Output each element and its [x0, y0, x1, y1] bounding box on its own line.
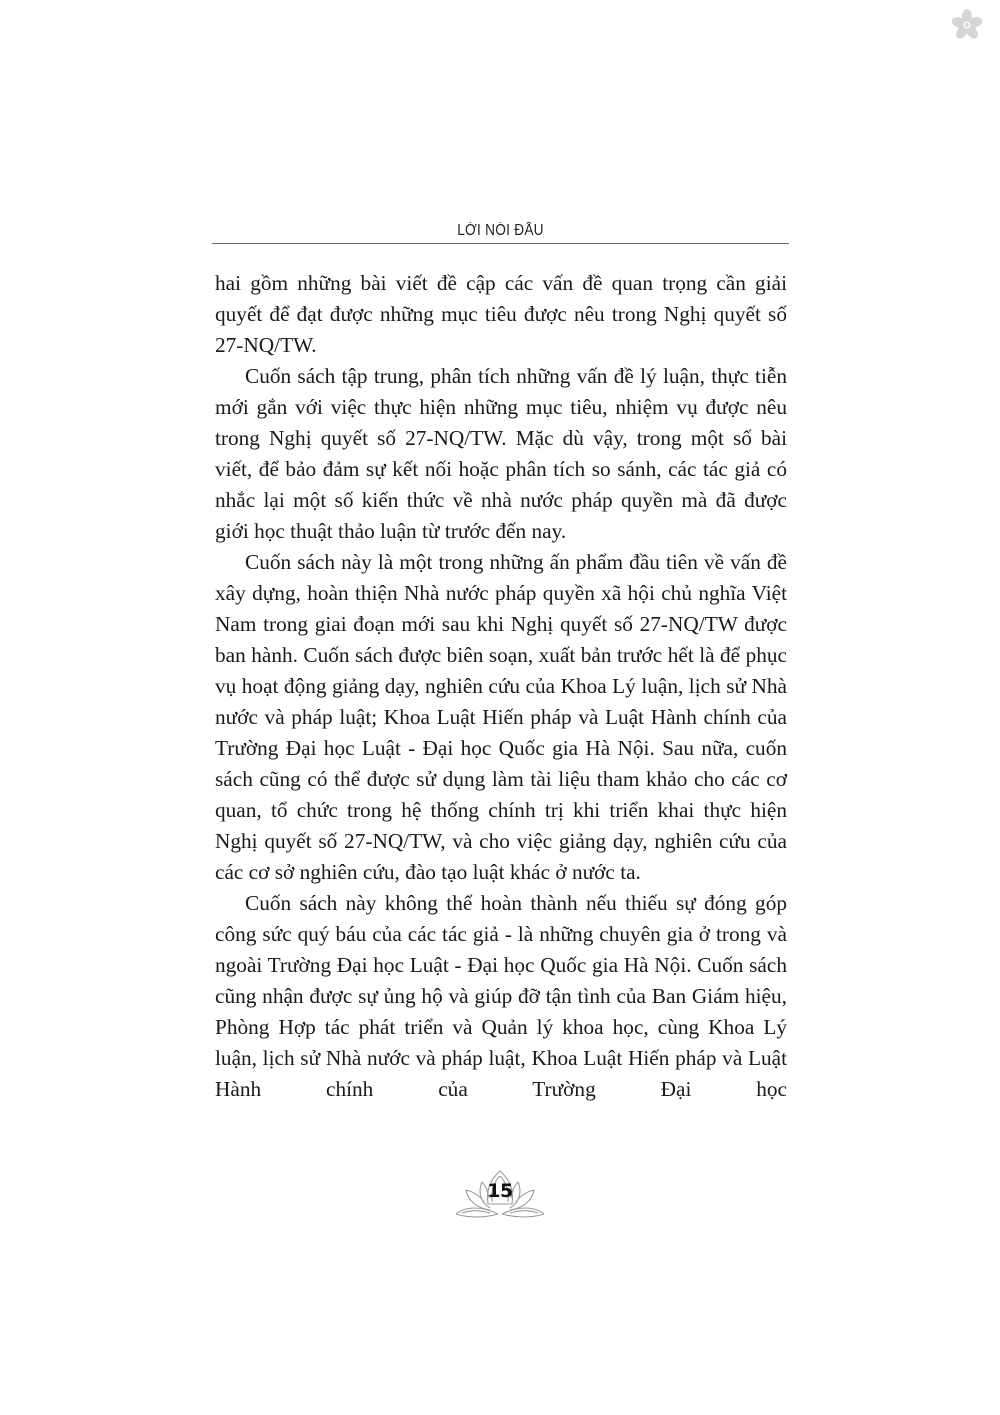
running-header: LỜI NÓI ĐẦU	[247, 222, 755, 244]
paragraph: Cuốn sách tập trung, phân tích những vấn…	[215, 361, 787, 547]
page-number: 15	[452, 1180, 548, 1202]
paragraph: Cuốn sách này là một trong những ấn phẩm…	[215, 547, 787, 888]
header-divider	[212, 243, 789, 244]
flower-ornament-icon	[950, 8, 984, 42]
paragraph: Cuốn sách này không thể hoàn thành nếu t…	[215, 888, 787, 1105]
body-text: hai gồm những bài viết đề cập các vấn đề…	[215, 268, 787, 1105]
paragraph: hai gồm những bài viết đề cập các vấn đề…	[215, 268, 787, 361]
